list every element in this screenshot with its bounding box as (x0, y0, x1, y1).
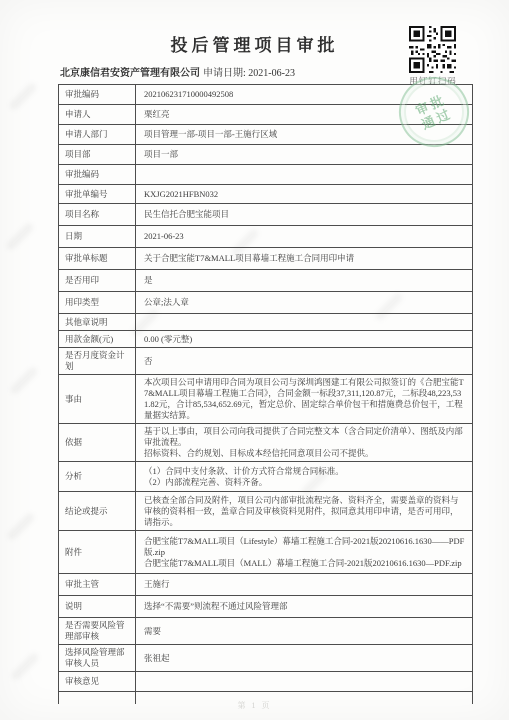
field-value: 王施行 (136, 574, 472, 595)
company-name: 北京康信君安资产管理有限公司 (60, 64, 200, 79)
field-value: 选择“不需要”则流程不通过风险管理部 (136, 596, 472, 617)
table-row: 是否需要风险管理部审核需要 (59, 618, 472, 645)
field-label: 其他章说明 (59, 314, 136, 330)
field-label: 日期 (59, 226, 136, 247)
approval-document-page: 投后管理项目审批 北京康信君安资产管理有限公司 申请日期: 2021-06-23… (0, 0, 509, 720)
field-label: 分析 (59, 462, 136, 491)
field-value (136, 314, 472, 330)
field-value (136, 165, 472, 184)
watermark-smudge (5, 221, 35, 251)
field-label: 是否月度资金计划 (59, 348, 136, 374)
field-value: 本次项目公司申请用印合同为项目公司与深圳鸿图建工有限公司拟签订的《合肥宝能T7&… (136, 375, 472, 423)
table-row: 项目名称民生信托合肥宝能项目 (59, 204, 472, 226)
table-row: 审批主管王施行 (59, 574, 472, 596)
watermark-smudge (6, 511, 36, 541)
field-label: 项目部 (59, 145, 136, 164)
table-row: 审批编码 (59, 165, 472, 185)
field-label: 说明 (59, 596, 136, 617)
field-label: 附件 (59, 531, 136, 573)
table-row: 选择风险管理部审核人员张祖起 (59, 645, 472, 672)
field-label: 审批主管 (59, 574, 136, 595)
table-row: 审批单编号KXJG2021HFBN032 (59, 185, 472, 204)
field-value: 关于合肥宝能T7&MALL项目幕墙工程施工合同用印申请 (136, 248, 472, 269)
table-row: 是否月度资金计划否 (59, 348, 472, 375)
field-label: 申请人部门 (59, 125, 136, 144)
table-row: 分析（1）合同中支付条款、计价方式符合常规合同标准。 （2）内部流程完善、资料齐… (59, 462, 472, 492)
field-label: 是否需要风险管理部审核 (59, 618, 136, 644)
field-label: 审批单标题 (59, 248, 136, 269)
field-value: 民生信托合肥宝能项目 (136, 204, 472, 225)
watermark-smudge (8, 81, 38, 111)
field-value: 需要 (136, 618, 472, 644)
table-row: 是否用印是 (59, 270, 472, 292)
apply-date-label: 申请日期: (203, 68, 246, 79)
table-row: 审批单标题关于合肥宝能T7&MALL项目幕墙工程施工合同用印申请 (59, 248, 472, 270)
apply-date-value: 2021-06-23 (248, 68, 295, 79)
table-row: 审核意见 (59, 672, 472, 692)
field-label: 事由 (59, 375, 136, 423)
field-value: KXJG2021HFBN032 (136, 185, 472, 203)
approval-stamp-text: 审批通过 (413, 92, 454, 132)
table-row: 事由本次项目公司申请用印合同为项目公司与深圳鸿图建工有限公司拟签订的《合肥宝能T… (59, 375, 472, 424)
table-row: 其他章说明 (59, 314, 472, 331)
table-row: 项目部项目一部 (59, 145, 472, 165)
table-row: 结论或提示已核查全部合同及附件，项目公司内部审批流程完备、资料齐全，需要盖章的资… (59, 492, 472, 531)
watermark-smudge (9, 365, 39, 395)
field-label (59, 692, 136, 704)
approval-form-table: 审批编码202106231710000492508 申请人栗红亮 申请人部门项目… (58, 84, 473, 704)
table-row: 日期2021-06-23 (59, 226, 472, 248)
field-label: 依据 (59, 424, 136, 461)
qr-code-icon (409, 26, 456, 73)
field-value: 基于以上事由，项目公司向我司提供了合同完整文本（含合同定价清单）、图纸及内部审批… (136, 424, 472, 461)
field-value: 是 (136, 270, 472, 291)
field-label: 项目名称 (59, 204, 136, 225)
field-value (136, 692, 472, 704)
field-label: 申请人 (59, 105, 136, 124)
table-row (59, 692, 472, 704)
field-value: 项目一部 (136, 145, 472, 164)
field-label: 审批单编号 (59, 185, 136, 203)
field-label: 审批编码 (59, 85, 136, 104)
field-value: 公章;法人章 (136, 292, 472, 313)
table-row: 依据基于以上事由，项目公司向我司提供了合同完整文本（含合同定价清单）、图纸及内部… (59, 424, 472, 462)
field-value: 否 (136, 348, 472, 374)
field-label: 审批编码 (59, 165, 136, 184)
field-label: 结论或提示 (59, 492, 136, 530)
table-row: 用款金额(元)0.00 (零元整) (59, 331, 472, 348)
table-row: 用印类型公章;法人章 (59, 292, 472, 314)
apply-date: 申请日期: 2021-06-23 (203, 64, 295, 79)
field-value: 合肥宝能T7&MALL项目（Lifestyle）幕墙工程施工合同-2021版20… (136, 531, 472, 573)
watermark-smudge (10, 651, 40, 681)
field-value: 0.00 (零元整) (136, 331, 472, 347)
table-row: 说明选择“不需要”则流程不通过风险管理部 (59, 596, 472, 618)
field-value: （1）合同中支付条款、计价方式符合常规合同标准。 （2）内部流程完善、资料齐备。 (136, 462, 472, 491)
field-value: 张祖起 (136, 645, 472, 671)
field-label: 用印类型 (59, 292, 136, 313)
table-row: 附件合肥宝能T7&MALL项目（Lifestyle）幕墙工程施工合同-2021版… (59, 531, 472, 574)
field-label: 用款金额(元) (59, 331, 136, 347)
field-value (136, 672, 472, 691)
field-label: 选择风险管理部审核人员 (59, 645, 136, 671)
field-value: 已核查全部合同及附件，项目公司内部审批流程完备、资料齐全，需要盖章的资料与审核的… (136, 492, 472, 530)
field-label: 是否用印 (59, 270, 136, 291)
field-label: 审核意见 (59, 672, 136, 691)
field-value: 2021-06-23 (136, 226, 472, 247)
